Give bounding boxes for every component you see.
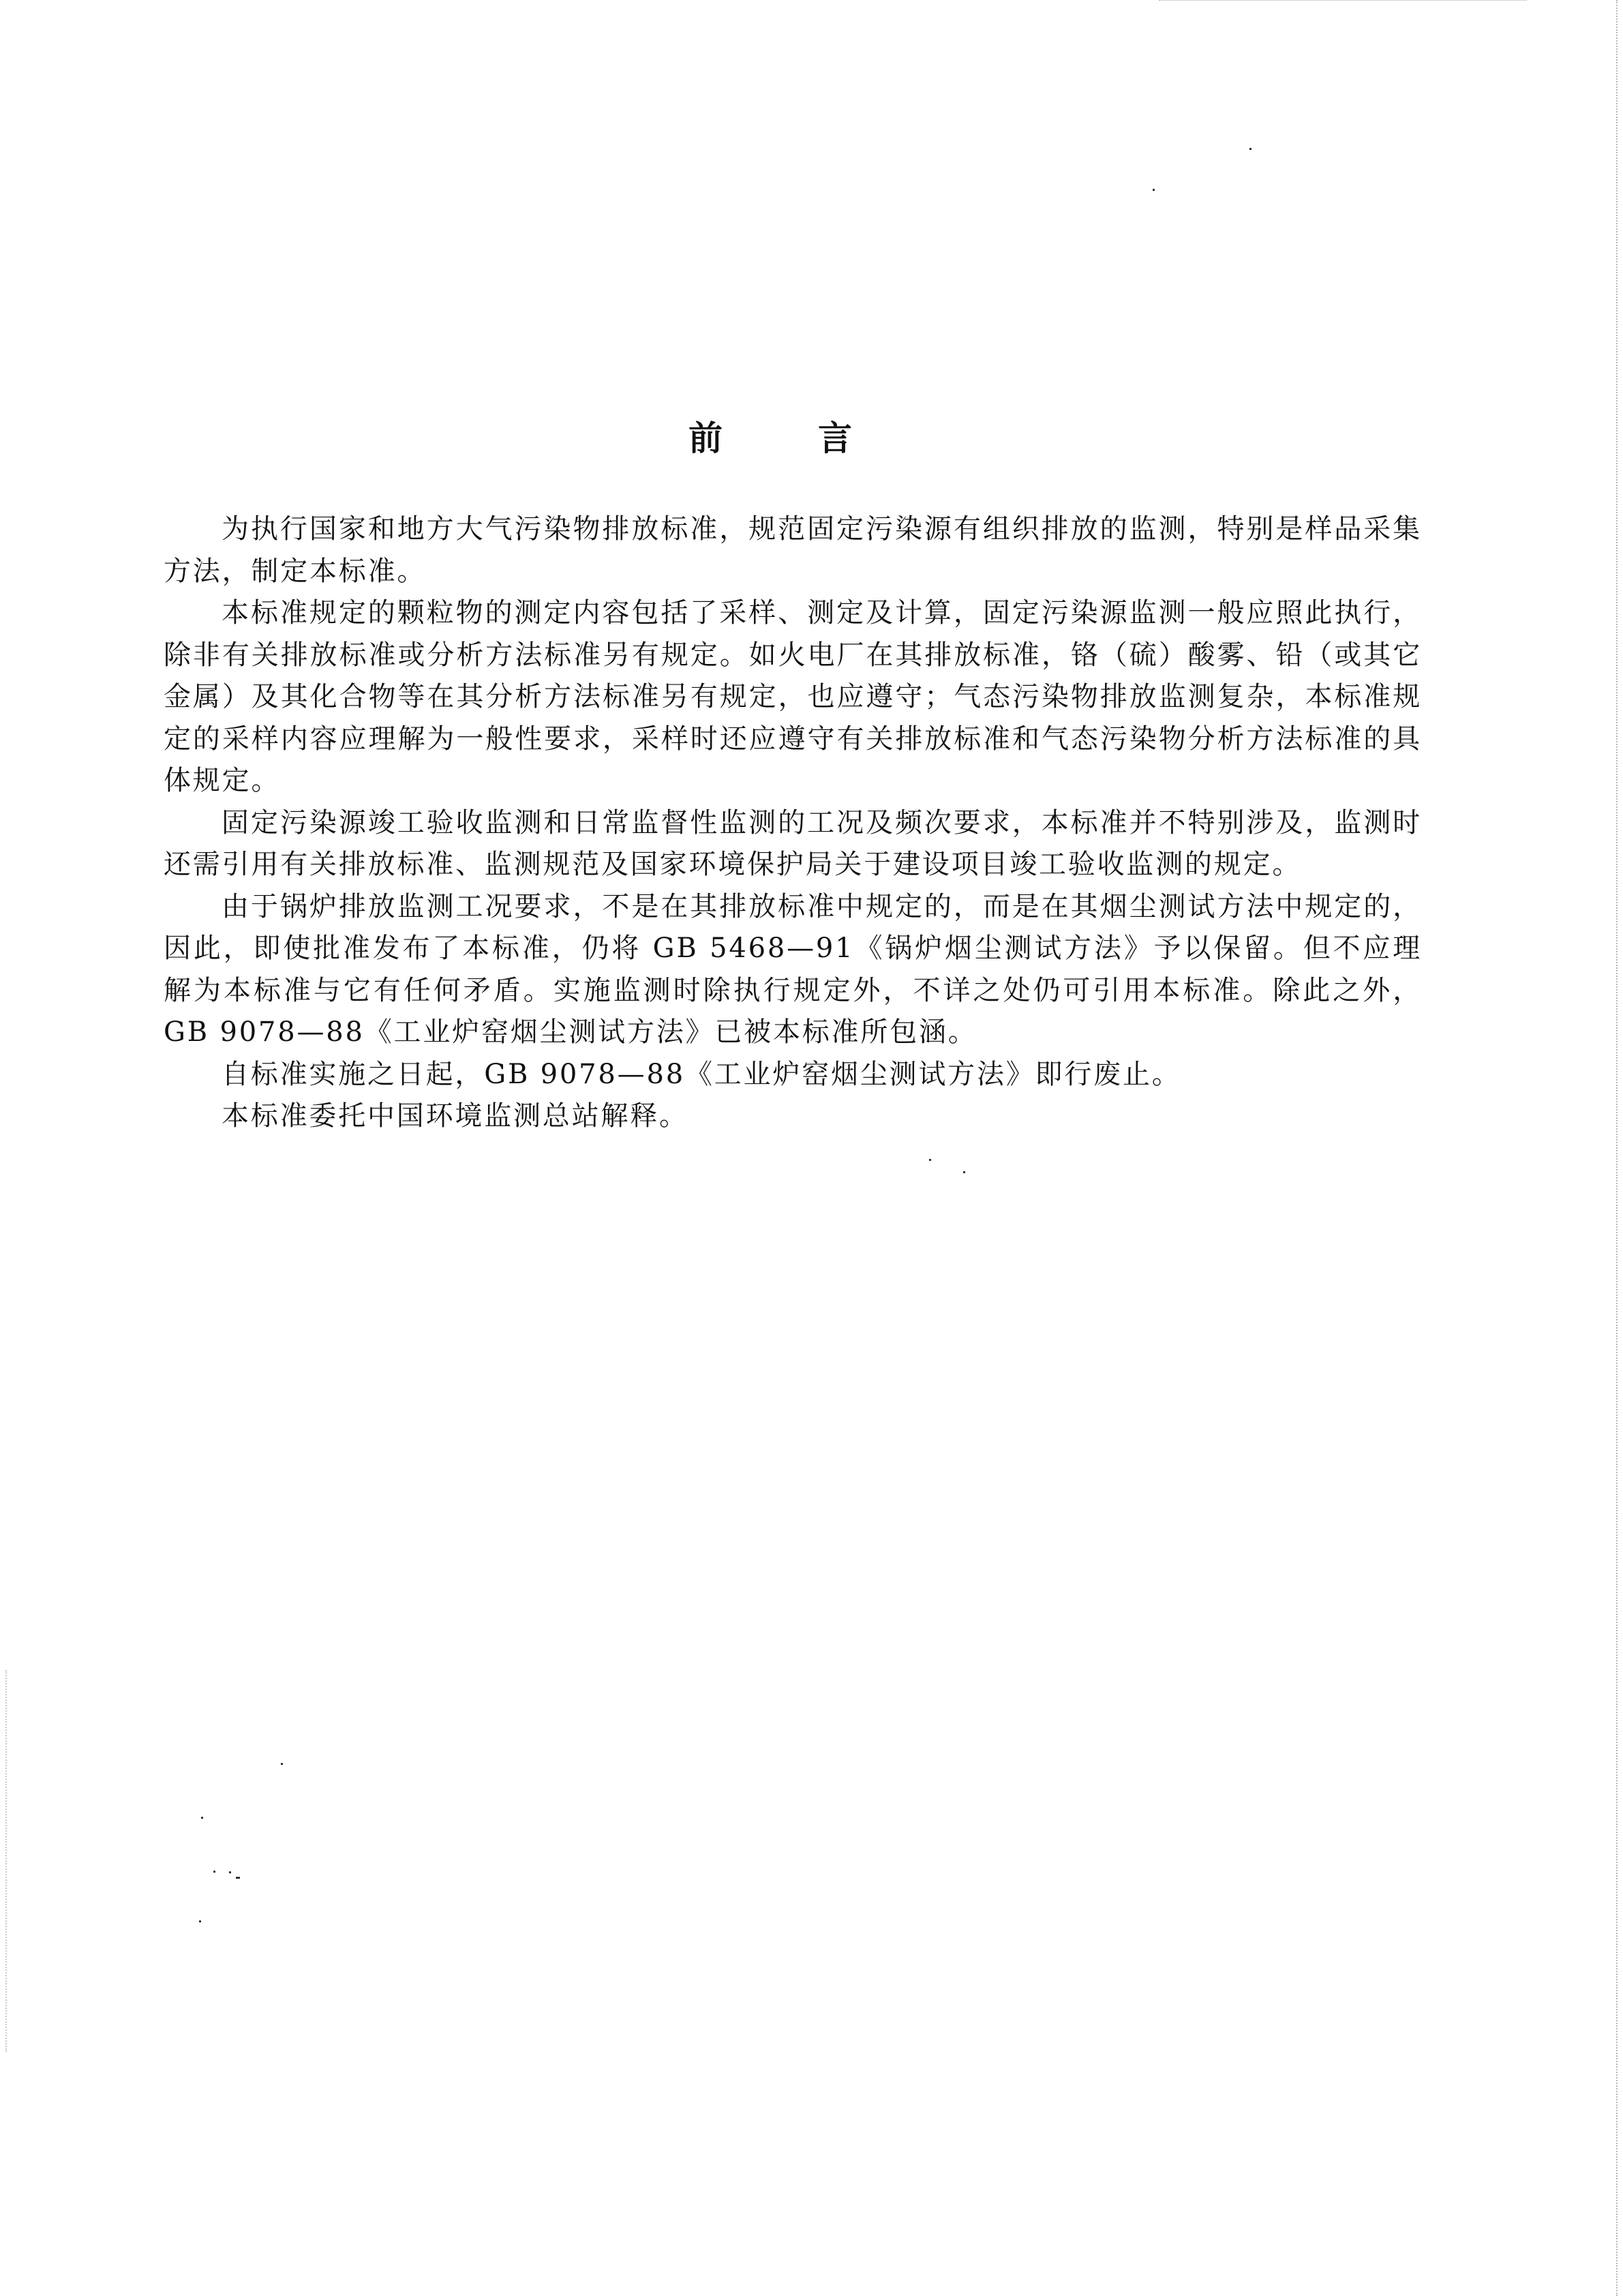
scan-edge-top xyxy=(1159,0,1527,1)
paragraph-purpose: 为执行国家和地方大气污染物排放标准，规范固定污染源有组织排放的监测，特别是样品采… xyxy=(164,509,1422,592)
scan-edge-left xyxy=(5,1670,10,2052)
scan-speck xyxy=(238,1877,240,1879)
paragraph-scope: 本标准规定的颗粒物的测定内容包括了采样、测定及计算，固定污染源监测一般应照此执行… xyxy=(164,592,1422,802)
foreword-body: 为执行国家和地方大气污染物排放标准，规范固定污染源有组织排放的监测，特别是样品采… xyxy=(164,509,1422,1138)
scan-speck xyxy=(963,1171,965,1173)
paragraph-abolition: 自标准实施之日起，GB 9078—88《工业炉窑烟尘测试方法》即行废止。 xyxy=(164,1054,1422,1096)
page-title: 前 言 xyxy=(688,417,852,459)
title-char-1: 前 xyxy=(688,417,723,459)
scan-speck xyxy=(281,1763,283,1765)
scan-speck xyxy=(236,1877,238,1879)
scan-edge-right xyxy=(1616,0,1623,2296)
paragraph-boiler-standard: 由于锅炉排放监测工况要求，不是在其排放标准中规定的，而是在其烟尘测试方法中规定的… xyxy=(164,886,1422,1054)
scan-speck xyxy=(229,1871,231,1873)
scan-speck xyxy=(1249,148,1252,150)
title-char-2: 言 xyxy=(818,417,852,459)
scanned-page: 前 言 为执行国家和地方大气污染物排放标准，规范固定污染源有组织排放的监测，特别… xyxy=(0,0,1623,2296)
paragraph-acceptance-monitoring: 固定污染源竣工验收监测和日常监督性监测的工况及频次要求，本标准并不特别涉及，监测… xyxy=(164,802,1422,886)
scan-speck xyxy=(199,1920,201,1922)
scan-speck xyxy=(201,1817,203,1819)
scan-speck xyxy=(213,1871,215,1873)
scan-speck xyxy=(929,1159,931,1161)
scan-speck xyxy=(1153,189,1155,191)
paragraph-interpretation: 本标准委托中国环境监测总站解释。 xyxy=(164,1096,1422,1138)
